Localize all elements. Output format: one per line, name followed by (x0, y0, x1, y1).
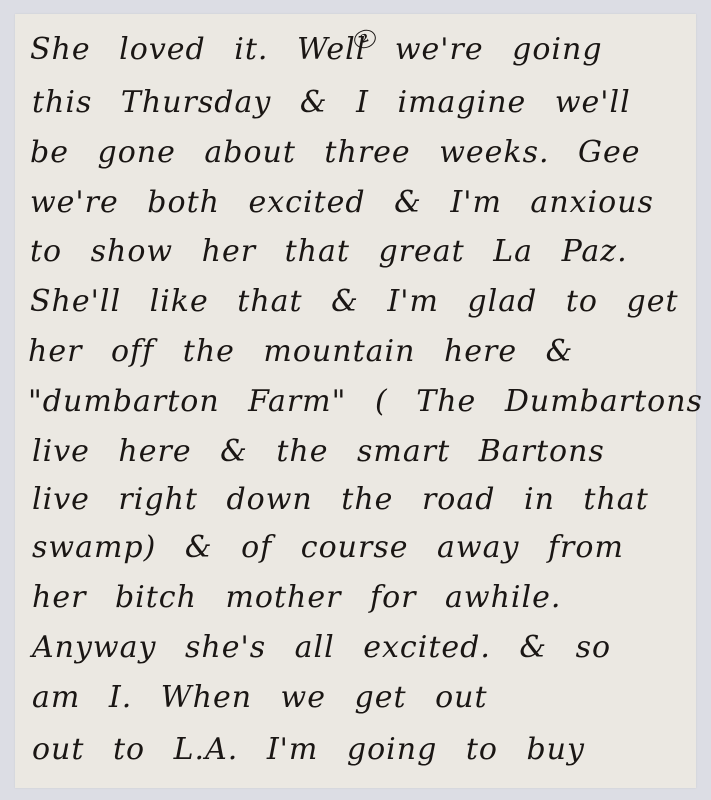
text-line: "dumbarton Farm" ( The Dumbartons (28, 384, 703, 419)
letter-page: 2 She loved it. Well we're goingthis Thu… (15, 14, 696, 788)
text-line: to show her that great La Paz. (30, 234, 628, 269)
text-line: She'll like that & I'm glad to get (30, 284, 679, 319)
text-line: Anyway she's all excited. & so (32, 630, 611, 665)
text-line: this Thursday & I imagine we'll (32, 85, 631, 120)
text-line: we're both excited & I'm anxious (30, 185, 654, 220)
text-line: am I. When we get out (32, 680, 488, 715)
text-line: her off the mountain here & (28, 334, 573, 369)
text-line: live right down the road in that (32, 482, 649, 517)
text-line: swamp) & of course away from (32, 530, 624, 565)
text-line: be gone about three weeks. Gee (30, 135, 641, 170)
text-line: her bitch mother for awhile. (32, 580, 561, 615)
text-line: out to L.A. I'm going to buy (32, 732, 585, 767)
text-line: She loved it. Well we're going (30, 32, 603, 67)
text-line: live here & the smart Bartons (32, 434, 605, 469)
